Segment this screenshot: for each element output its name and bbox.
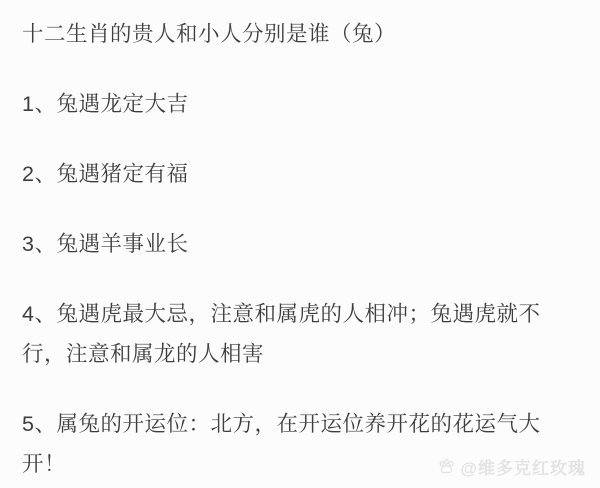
page-title: 十二生肖的贵人和小人分别是谁（兔） (22, 14, 576, 54)
list-item-1: 1、兔遇龙定大吉 (22, 84, 576, 124)
list-item-2: 2、兔遇猪定有福 (22, 154, 576, 194)
list-item-4: 4、兔遇虎最大忌，注意和属虎的人相冲；兔遇虎就不 行，注意和属龙的人相害 (22, 294, 576, 374)
paw-icon (437, 457, 456, 476)
article-page: 十二生肖的贵人和小人分别是谁（兔） 1、兔遇龙定大吉 2、兔遇猪定有福 3、兔遇… (0, 0, 600, 488)
list-item-3: 3、兔遇羊事业长 (22, 224, 576, 264)
watermark: @维多克红玫瑰 (437, 454, 586, 479)
watermark-text: @维多克红玫瑰 (460, 454, 586, 479)
